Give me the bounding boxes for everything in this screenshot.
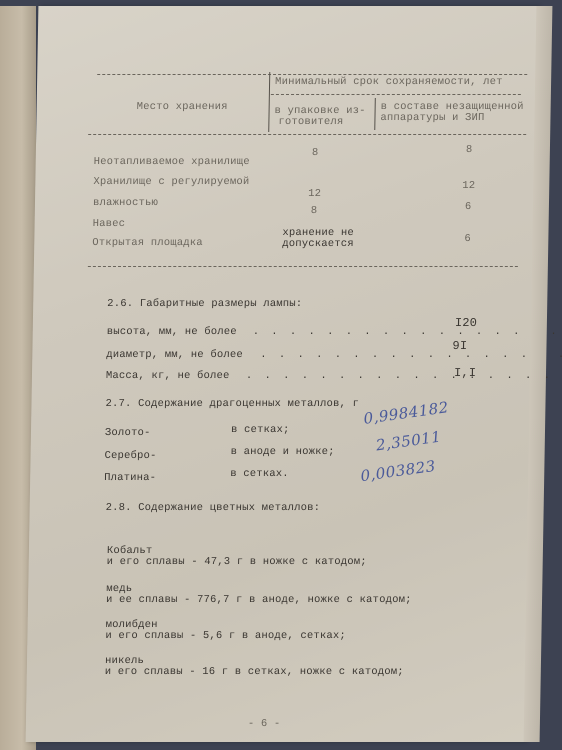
metal-detail: и его сплавы - 16 г в сетках, ножке с ка… [105, 666, 404, 678]
header-col1-line2: готовителя [278, 116, 343, 128]
dimension-value: I20 [455, 316, 477, 330]
metal-name: Золото- [105, 427, 151, 439]
header-sub-rule [271, 94, 521, 95]
header-min-term: Минимальный срок сохраняемости, лет [275, 76, 503, 88]
table-top-rule [97, 74, 527, 75]
table-divider [268, 72, 270, 132]
header-bottom-rule [88, 134, 526, 135]
metal-name: Серебро- [104, 450, 156, 462]
dimension-label: Масса, кг, не более [106, 370, 230, 382]
metal-location: в аноде и ножке; [231, 446, 335, 458]
header-col2-line2: аппаратуры и ЗИП [380, 112, 484, 124]
section-title: 2.6. Габаритные размеры лампы: [107, 298, 302, 310]
handwritten-value: 0,9984182 [363, 398, 450, 428]
metal-location: в сетках. [230, 468, 289, 480]
metal-location: в сетках; [231, 424, 290, 436]
dimension-value: I,I [454, 366, 476, 380]
dimension-value: 9I [452, 339, 467, 353]
handwritten-value: 0,003823 [359, 457, 436, 485]
section-title: 2.8. Содержание цветных металлов: [106, 502, 321, 514]
metal-detail: и его сплавы - 47,3 г в ножке с катодом; [107, 556, 367, 568]
document-page: Место хранения Минимальный срок сохраняе… [26, 6, 539, 742]
dimension-label: диаметр, мм, не более [106, 349, 243, 361]
table-bottom-rule [88, 266, 518, 267]
header-place: Место хранения [137, 101, 228, 113]
dimension-label: высота, мм, не более [107, 326, 237, 338]
metal-detail: и его сплавы - 5,6 г в аноде, сетках; [105, 630, 346, 642]
metal-detail: и ее сплавы - 776,7 г в аноде, ножке с к… [106, 594, 412, 606]
handwritten-value: 2,35011 [375, 428, 442, 455]
section-title: 2.7. Содержание драгоценных металлов, г [105, 398, 359, 410]
header-col-divider [374, 98, 376, 130]
metal-name: Платина- [104, 472, 156, 484]
page-number: - 6 - [248, 718, 281, 730]
